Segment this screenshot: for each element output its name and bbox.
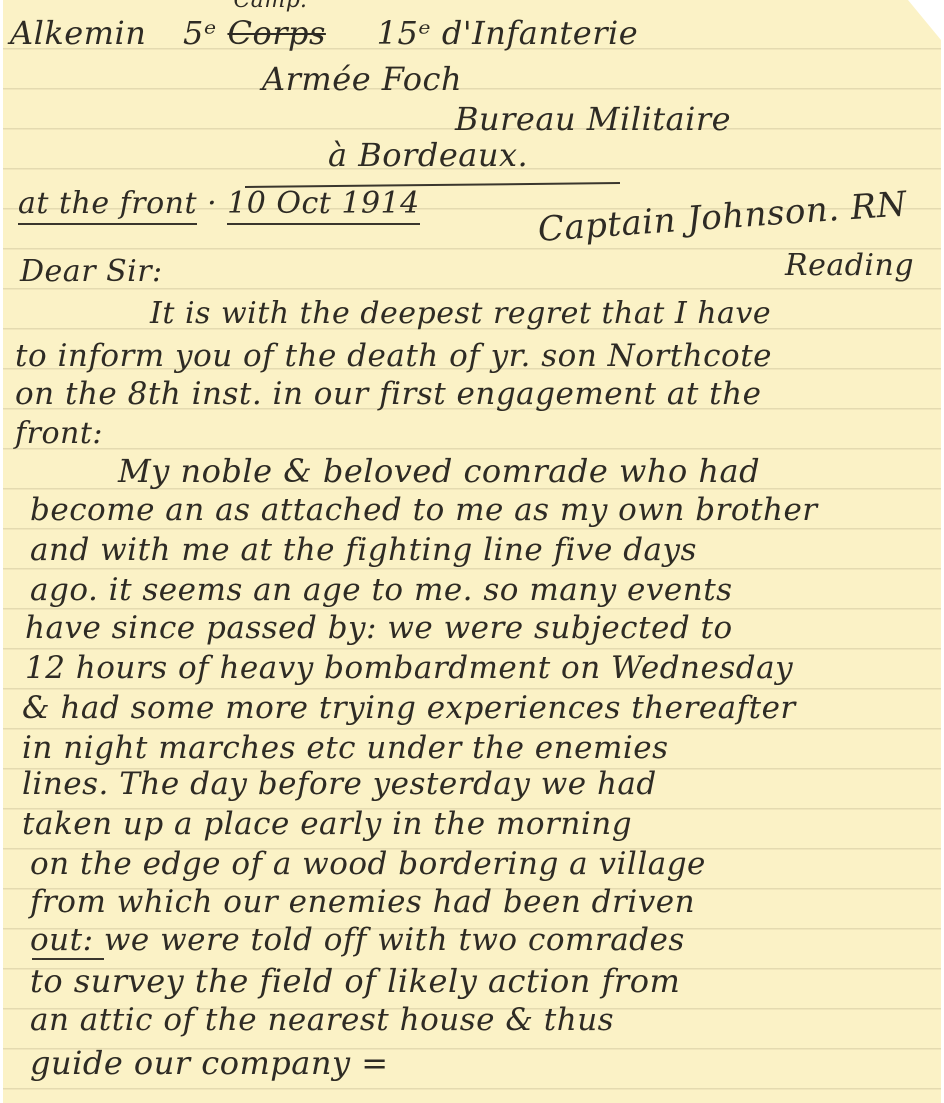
- body-line: out: we were told off with two comrades: [30, 922, 685, 958]
- body-line: & had some more trying experiences there…: [22, 690, 796, 726]
- out-underline: [32, 958, 104, 960]
- body-line: and with me at the fighting line five da…: [30, 532, 697, 568]
- salutation: Dear Sir:: [20, 254, 163, 289]
- body-line: an attic of the nearest house & thus: [30, 1002, 614, 1038]
- sender-name: Alkemin: [10, 14, 146, 52]
- body-line: lines. The day before yesterday we had: [22, 766, 657, 802]
- body-line: ago. it seems an age to me. so many even…: [30, 572, 733, 608]
- body-line: become an as attached to me as my own br…: [30, 492, 818, 528]
- place: at the front: [18, 186, 197, 225]
- body-line: have since passed by: we were subjected …: [25, 610, 733, 646]
- body-line: guide our company =: [30, 1044, 389, 1082]
- body-line: front:: [15, 416, 103, 451]
- date: 10 Oct 1914: [227, 186, 420, 225]
- recipient-town: Reading: [785, 248, 914, 283]
- body-line: on the edge of a wood bordering a villag…: [30, 846, 706, 882]
- header-line-1: Alkemin 5ᵉ Corps Camp: 15ᵉ d'Infanterie: [10, 14, 638, 52]
- date-separator: ·: [207, 186, 217, 221]
- body-line: It is with the deepest regret that I hav…: [150, 296, 771, 331]
- regiment: 15ᵉ d'Infanterie: [377, 14, 639, 52]
- unit-prefix: 5ᵉ: [183, 14, 217, 52]
- body-line: from which our enemies had been driven: [30, 884, 695, 920]
- body-line: to survey the field of likely action fro…: [30, 962, 680, 1000]
- body-line: on the 8th inst. in our first engagement…: [15, 376, 761, 412]
- body-line: My noble & beloved comrade who had: [118, 452, 760, 490]
- header-line-3: Bureau Militaire: [455, 100, 731, 138]
- header-line-4: à Bordeaux.: [328, 136, 528, 174]
- body-line: taken up a place early in the morning: [22, 806, 632, 842]
- struck-word: Corps: [227, 14, 325, 52]
- body-line: to inform you of the death of yr. son No…: [15, 338, 772, 374]
- header-line-2: Armée Foch: [262, 60, 462, 98]
- body-line: in night marches etc under the enemies: [22, 730, 669, 766]
- place-date: at the front · 10 Oct 1914: [18, 186, 420, 221]
- inserted-word: Camp:: [233, 0, 308, 13]
- body-line: 12 hours of heavy bombardment on Wednesd…: [25, 650, 793, 686]
